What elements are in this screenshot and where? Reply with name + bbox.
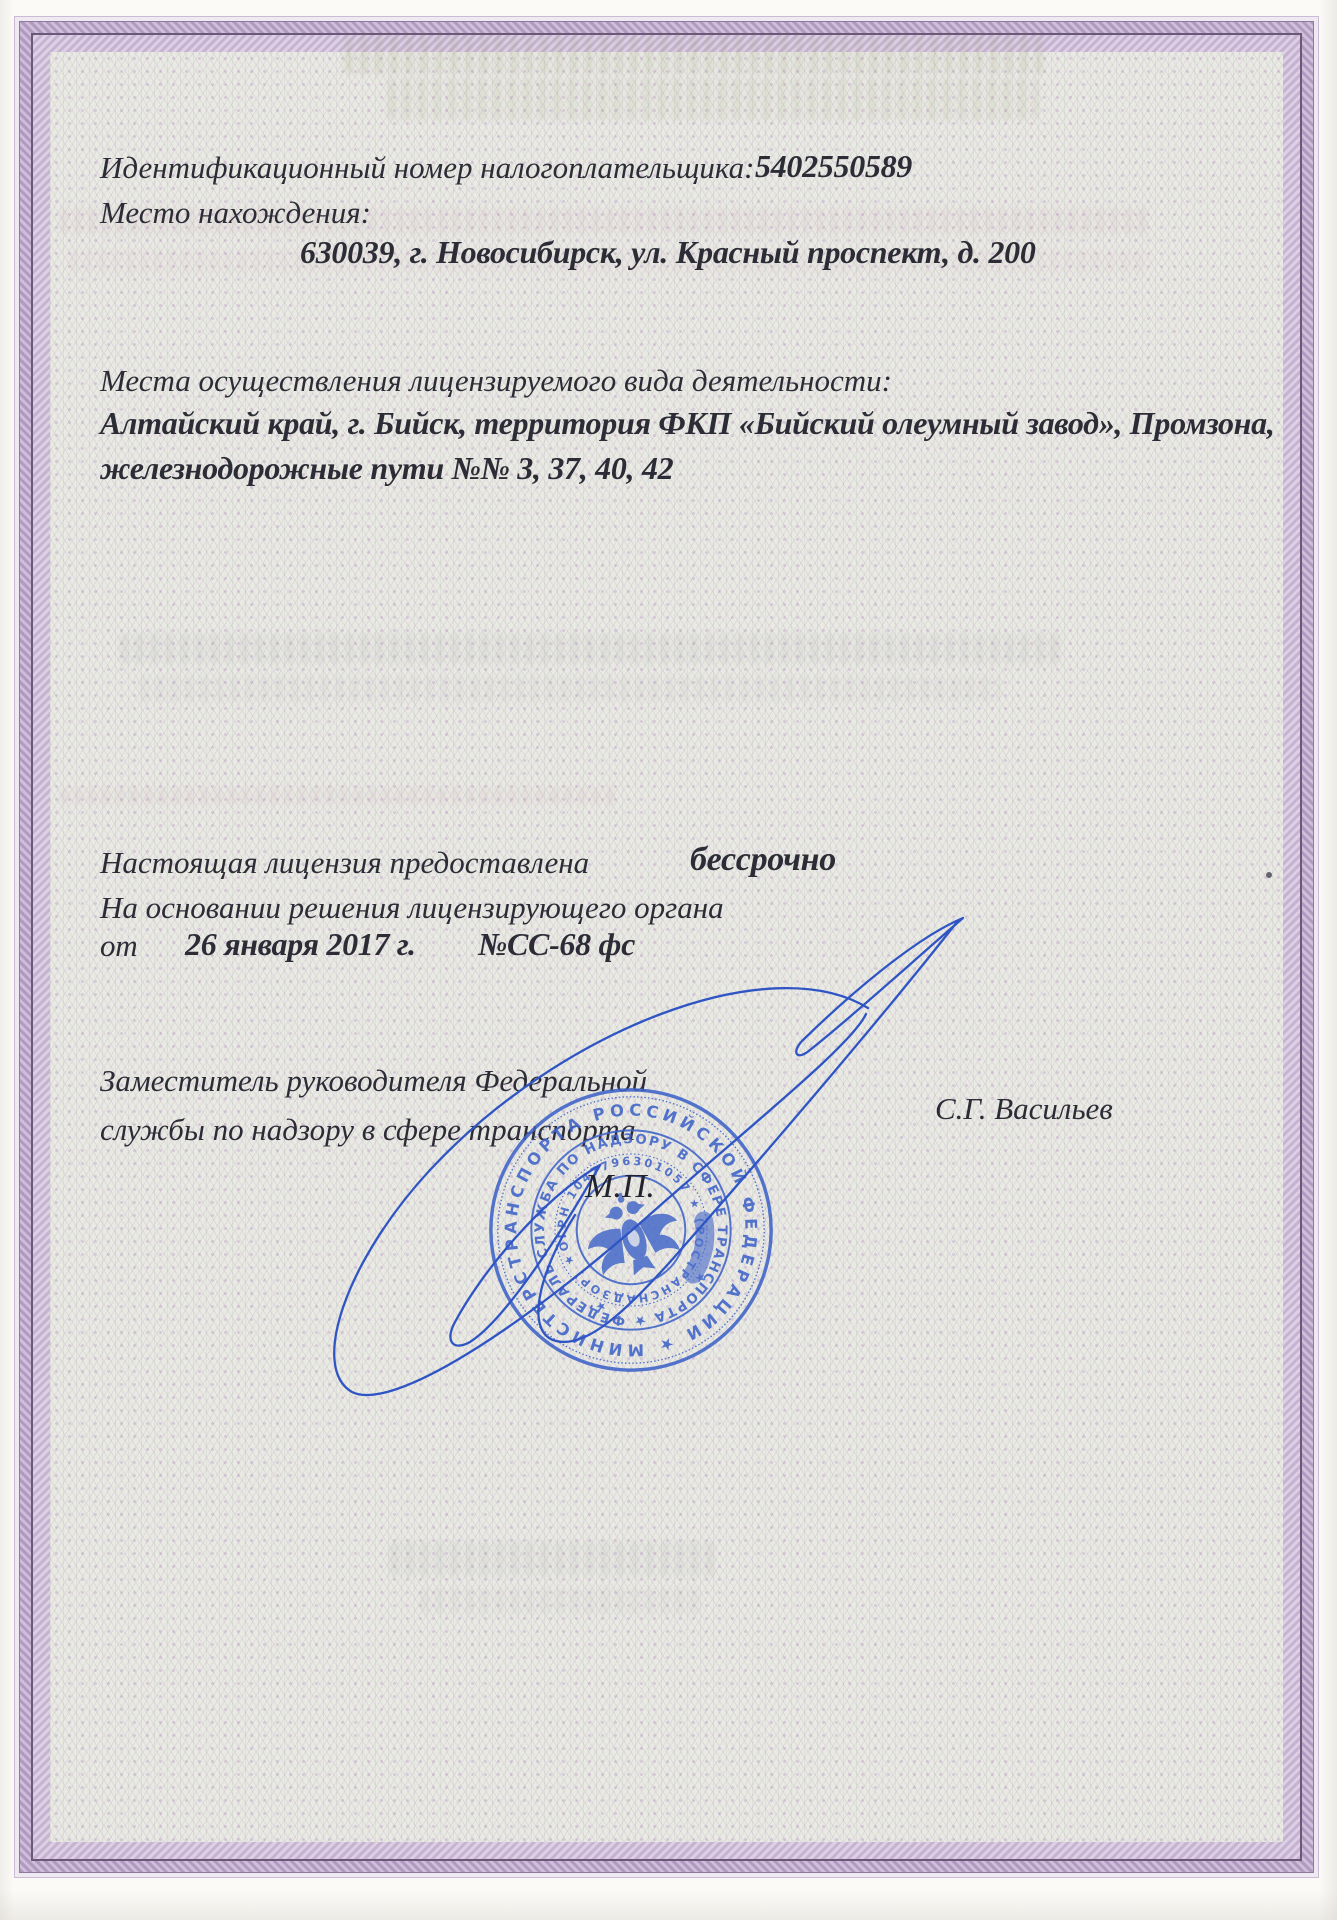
places-label: Места осуществления лицензируемого вида … (100, 363, 892, 399)
date-prefix: от (100, 928, 137, 964)
seal-place-mark: М.П. (585, 1168, 655, 1206)
inn-label: Идентификационный номер налогоплательщик… (100, 150, 754, 186)
scan-speck (1266, 872, 1272, 878)
places-line1: Алтайский край, г. Бийск, территория ФКП… (100, 405, 1275, 442)
location-value: 630039, г. Новосибирск, ул. Красный прос… (300, 234, 1036, 271)
inn-value: 5402550589 (755, 148, 912, 185)
places-line2: железнодорожные пути №№ 3, 37, 40, 42 (100, 450, 673, 487)
scanned-license-page: Идентификационный номер налогоплательщик… (0, 0, 1337, 1920)
signature-ink (250, 870, 1040, 1450)
location-label: Место нахождения: (100, 195, 371, 231)
